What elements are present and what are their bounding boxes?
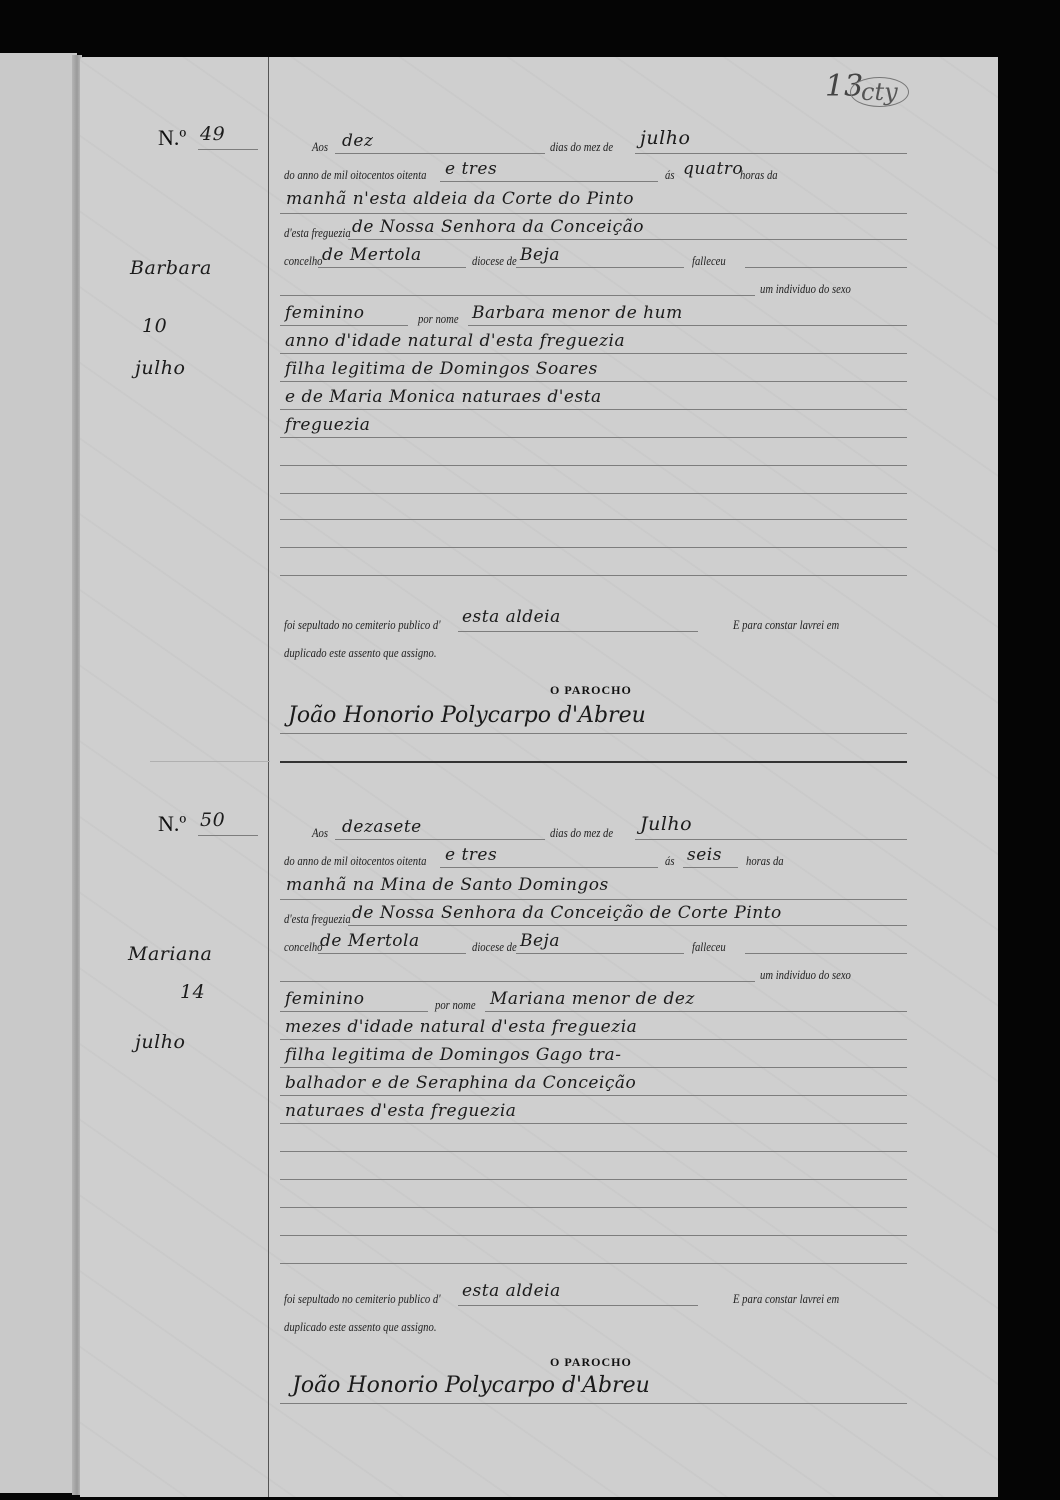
field-day: dezasete xyxy=(342,817,422,837)
parocho-label: O PAROCHO xyxy=(550,683,632,698)
field-parish: de Nossa Senhora da Conceição de Corte P… xyxy=(352,903,782,923)
field-place: manhã na Mina de Santo Domingos xyxy=(286,875,609,895)
margin-month: julho xyxy=(135,1031,185,1053)
field-sex: feminino xyxy=(285,303,364,323)
field-name-2: mezes d'idade natural d'esta freguezia xyxy=(285,1017,637,1037)
field-name-3: filha legitima de Domingos Gago tra- xyxy=(285,1045,621,1065)
field-concelho: de Mertola xyxy=(320,931,420,951)
priest-signature: João Honorio Polycarpo d'Abreu xyxy=(292,1373,650,1398)
entry-number: 49 xyxy=(200,123,225,145)
field-name-3: filha legitima de Domingos Soares xyxy=(285,359,598,379)
priest-signature: João Honorio Polycarpo d'Abreu xyxy=(288,703,646,728)
field-name-5: freguezia xyxy=(285,415,370,435)
field-year: e tres xyxy=(445,845,497,865)
field-place: manhã n'esta aldeia da Corte do Pinto xyxy=(286,189,634,209)
entry-number: 50 xyxy=(200,809,225,831)
field-day: dez xyxy=(342,131,373,151)
margin-name: Mariana xyxy=(128,943,212,965)
field-name-5: naturaes d'esta freguezia xyxy=(285,1101,516,1121)
field-month: Julho xyxy=(640,813,692,835)
register-page: 13 cty N.º 49 Barbara 10 julho Aos dez d… xyxy=(80,57,998,1497)
folio-mark: cty xyxy=(850,77,909,107)
margin-line xyxy=(268,57,269,1497)
field-year: e tres xyxy=(445,159,497,179)
field-cemetery: esta aldeia xyxy=(462,607,561,627)
parocho-label: O PAROCHO xyxy=(550,1355,632,1370)
field-hour: seis xyxy=(687,845,722,865)
field-parish: de Nossa Senhora da Conceição xyxy=(352,217,644,237)
facing-page xyxy=(0,53,77,1493)
entry-no-label: N.º xyxy=(158,125,186,151)
field-name-4: e de Maria Monica naturaes d'esta xyxy=(285,387,602,407)
field-name-1: Barbara menor de hum xyxy=(472,303,683,323)
margin-month: julho xyxy=(135,357,185,379)
field-sex: feminino xyxy=(285,989,364,1009)
field-name-2: anno d'idade natural d'esta freguezia xyxy=(285,331,625,351)
field-name-1: Mariana menor de dez xyxy=(490,989,695,1009)
margin-day: 14 xyxy=(180,981,205,1003)
field-name-4: balhador e de Seraphina da Conceição xyxy=(285,1073,636,1093)
field-cemetery: esta aldeia xyxy=(462,1281,561,1301)
margin-name: Barbara xyxy=(130,257,212,279)
field-month: julho xyxy=(640,127,690,149)
field-hour: quatro xyxy=(683,159,743,179)
margin-day: 10 xyxy=(142,315,167,337)
field-diocese: Beja xyxy=(520,245,560,265)
field-diocese: Beja xyxy=(520,931,560,951)
entry-no-label: N.º xyxy=(158,811,186,837)
field-concelho: de Mertola xyxy=(322,245,422,265)
